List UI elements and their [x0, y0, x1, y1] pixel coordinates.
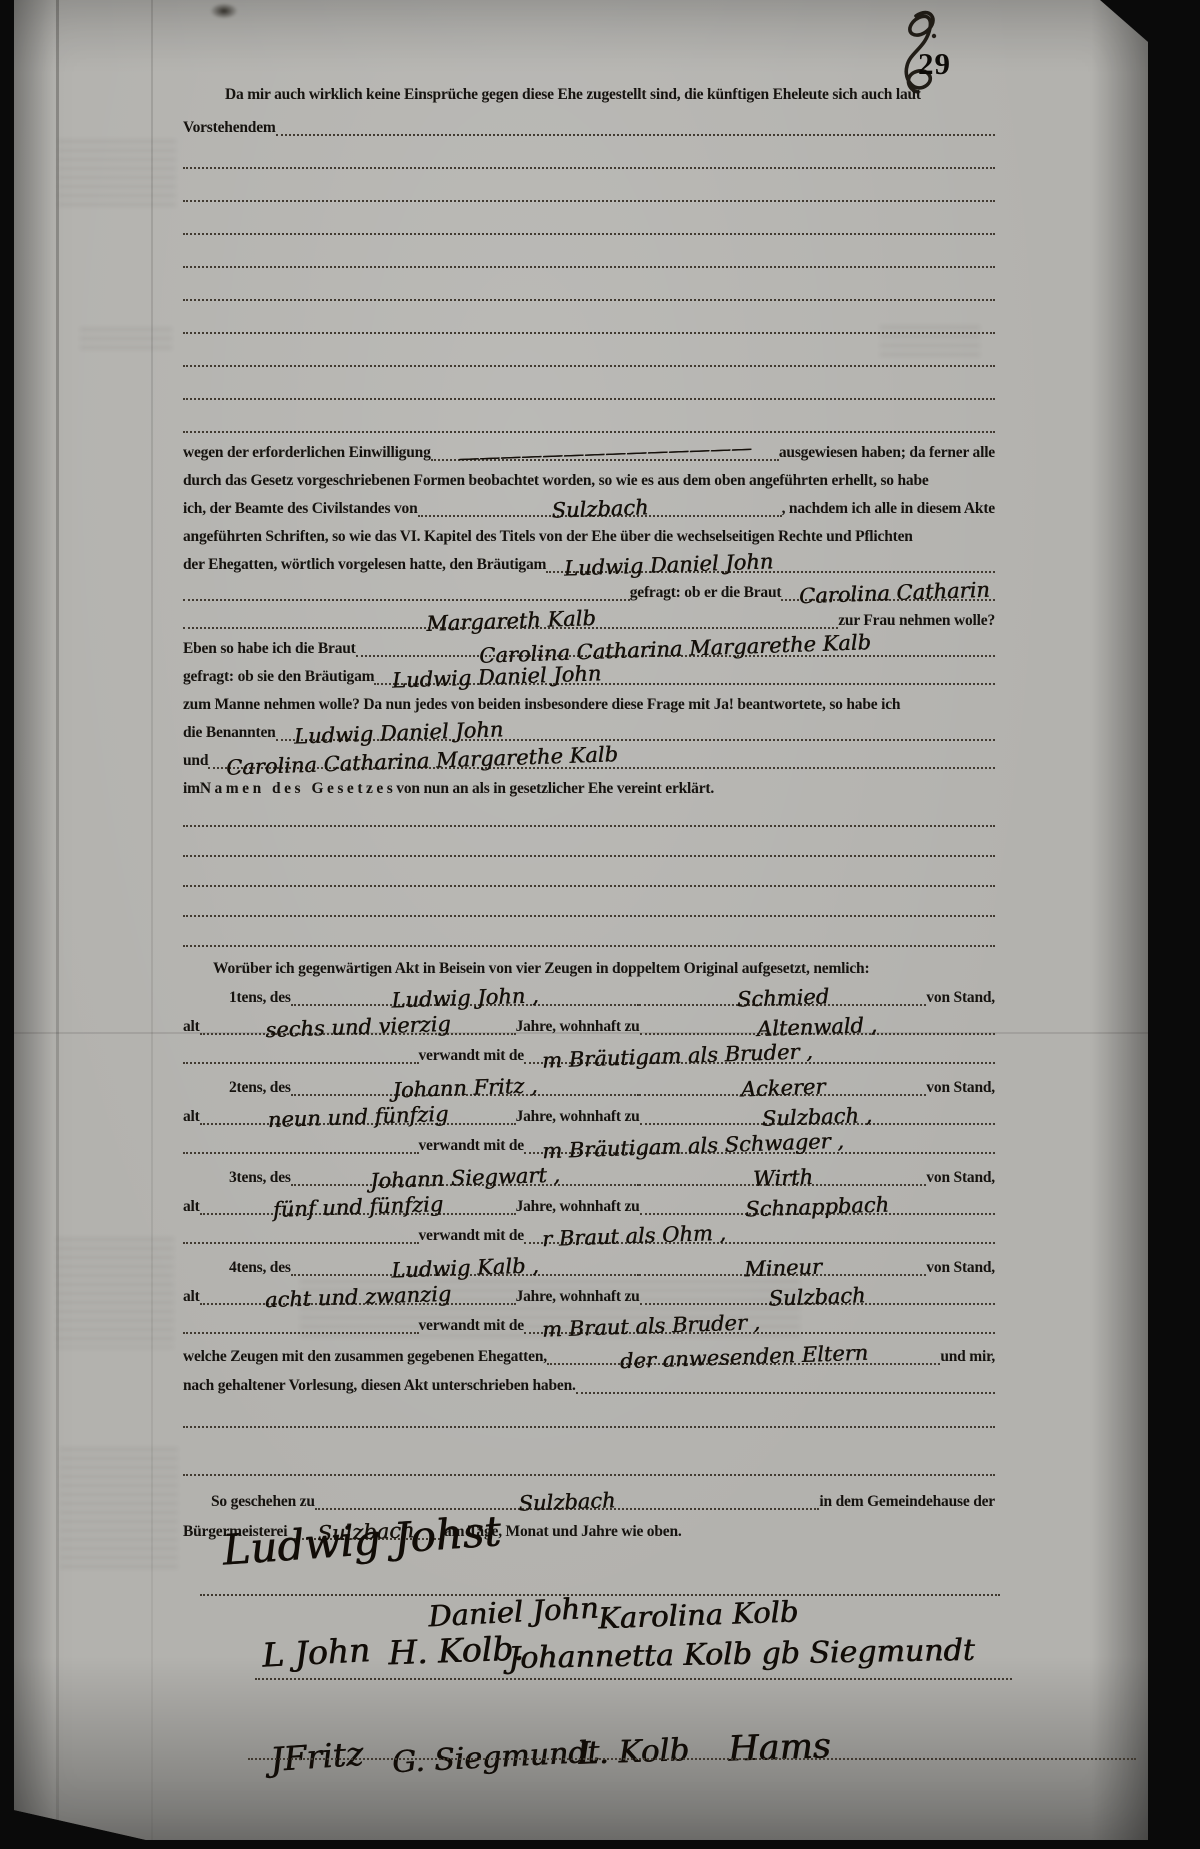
handwritten-entry-line: Sulzbach [315, 1508, 820, 1510]
handwritten-entry-line: Wirth [639, 1184, 927, 1186]
signature-dotted-line [200, 1594, 1000, 1596]
dotted-rule [183, 233, 995, 235]
dotted-blank-line [183, 404, 995, 437]
printed-form-text: wegen der erforderlichen Einwilligung [183, 444, 431, 465]
dotted-blank-line [183, 206, 995, 239]
printed-form-text: verwandt mit de [419, 1047, 525, 1068]
handwritten-entry-line: m Braut als Bruder , [524, 1332, 995, 1334]
form-line: Worüber ich gegenwärtigen Akt in Beisein… [183, 951, 995, 981]
printed-form-text: im [183, 780, 200, 801]
form-line: durch das Gesetz vorgeschriebenen Formen… [183, 465, 995, 493]
printed-form-text: So geschehen zu [211, 1493, 315, 1514]
handwritten-entry: Sulzbach [551, 497, 649, 521]
witness-2-name-line: 2tens, desJohann Fritz ,Ackerervon Stand… [183, 1071, 995, 1100]
dotted-blank-line [183, 921, 995, 951]
dotted-blank-line [183, 140, 995, 173]
witness-1-age-line: altsechs und vierzigJahre, wohnhaft zuAl… [183, 1010, 995, 1039]
handwritten-entry-line: Ludwig Kalb , [291, 1274, 639, 1276]
signature: Hams [727, 1729, 831, 1768]
handwritten-entry-line: sechs und vierzig [200, 1033, 516, 1035]
handwritten-entry-line: der anwesenden Eltern [547, 1363, 940, 1365]
handwritten-entry: Sulzbach , [762, 1105, 873, 1130]
form-line: ich, der Beamte des Civilstandes vonSulz… [183, 493, 995, 521]
dotted-rule [183, 1426, 995, 1428]
handwritten-entry-line: neun und fünfzig [200, 1123, 516, 1125]
printed-form-text: gefragt: ob er die Braut [630, 584, 782, 605]
handwritten-entry-line: Carolina Catharin [781, 599, 995, 601]
printed-form-text: von nun an als in gesetzlicher Ehe verei… [396, 780, 714, 801]
witness-4-name-line: 4tens, desLudwig Kalb ,Mineurvon Stand, [183, 1251, 995, 1280]
witness-2-relation-line: verwandt mit dem Bräutigam als Schwager … [183, 1129, 995, 1158]
handwritten-entry-line: Carolina Catharina Margarethe Kalb [208, 767, 995, 769]
printed-form-text: alt [183, 1288, 200, 1309]
printed-form-text: in dem Gemeindehause der [819, 1493, 995, 1514]
dotted-fill [183, 599, 630, 601]
handwritten-entry-line: fünf und fünfzig [200, 1213, 516, 1215]
handwritten-entry-line: Schnappbach [640, 1213, 995, 1215]
dotted-rule [183, 398, 995, 400]
signature: L. Kolb [577, 1735, 689, 1770]
dotted-fill [183, 1242, 419, 1244]
dotted-blank-line [183, 861, 995, 891]
handwritten-entry: Ludwig Daniel John [293, 719, 503, 747]
printed-form-text: und [183, 752, 208, 773]
dotted-rule [183, 266, 995, 268]
handwritten-entry: acht und zwanzig [264, 1284, 451, 1311]
dotted-fill [576, 1392, 995, 1394]
handwritten-entry-line: Carolina Catharina Margarethe Kalb [356, 655, 995, 657]
dotted-rule [183, 332, 995, 334]
printed-form-text: , nachdem ich alle in diesem Akte [782, 500, 995, 521]
ink-smudge [210, 3, 238, 19]
printed-form-text: 2tens, des [229, 1079, 291, 1100]
form-line: undCarolina Catharina Margarethe Kalb [183, 745, 995, 773]
printed-form-text: von Stand, [926, 1259, 995, 1280]
printed-form-text: angeführten Schriften, so wie das VI. Ka… [183, 528, 913, 549]
printed-form-text: nach gehaltener Vorlesung, diesen Akt un… [183, 1377, 576, 1398]
handwritten-entry: Wirth [752, 1167, 813, 1190]
witness-1-relation-line: verwandt mit dem Bräutigam als Bruder , [183, 1039, 995, 1068]
dotted-rule [183, 915, 995, 917]
handwritten-entry: Ludwig Daniel John [564, 551, 774, 579]
witness-4-relation-line: verwandt mit dem Braut als Bruder , [183, 1309, 995, 1338]
printed-form-text: Vorstehendem [183, 119, 276, 140]
witness-2-age-line: altneun und fünfzigJahre, wohnhaft zuSul… [183, 1100, 995, 1129]
document-body: Da mir auch wirklich keine Einsprüche ge… [183, 75, 995, 1544]
dotted-fill [276, 134, 995, 136]
handwritten-entry: Sulzbach [518, 1490, 616, 1514]
signature-dotted-line [248, 1758, 1136, 1760]
printed-form-text: Jahre, wohnhaft zu [516, 1108, 640, 1129]
signature-dotted-line [255, 1678, 1012, 1680]
printed-form-text: ausgewiesen haben; da ferner alle [779, 444, 995, 465]
form-line: Eben so habe ich die BrautCarolina Catha… [183, 633, 995, 661]
form-line: gefragt: ob sie den BräutigamLudwig Dani… [183, 661, 995, 689]
handwritten-entry: m Bräutigam als Bruder , [542, 1041, 813, 1071]
printed-form-text: von Stand, [926, 1169, 995, 1190]
printed-form-text: von Stand, [926, 989, 995, 1010]
form-line: gefragt: ob er die BrautCarolina Cathari… [183, 577, 995, 605]
signature: Daniel John [427, 1594, 599, 1632]
dotted-rule [183, 945, 995, 947]
dotted-rule [183, 825, 995, 827]
handwritten-entry: r Braut als Ohm , [542, 1223, 727, 1250]
signature: L John [261, 1633, 371, 1672]
dotted-blank-line [183, 801, 995, 831]
printed-form-text: welche Zeugen mit den zusammen gegebenen… [183, 1348, 547, 1369]
printed-form-text: verwandt mit de [419, 1317, 525, 1338]
dotted-rule [183, 885, 995, 887]
dotted-rule [183, 167, 995, 169]
dotted-blank-line [183, 305, 995, 338]
printed-form-text: der Ehegatten, wörtlich vorgelesen hatte… [183, 556, 546, 577]
handwritten-entry-line: Sulzbach , [640, 1123, 995, 1125]
witness-1-name-line: 1tens, desLudwig John ,Schmiedvon Stand, [183, 981, 995, 1010]
handwritten-entry-line: Johann Fritz , [291, 1094, 639, 1096]
signature: JFritz [269, 1737, 364, 1776]
dotted-blank-line [183, 1398, 995, 1432]
handwritten-entry-line: r Braut als Ohm , [524, 1242, 995, 1244]
printed-form-text: alt [183, 1108, 200, 1129]
dotted-blank-line [183, 891, 995, 921]
handwritten-entry: Sulzbach [768, 1285, 866, 1309]
handwritten-entry-line: m Bräutigam als Bruder , [524, 1062, 995, 1064]
dotted-blank-line [183, 371, 995, 404]
handwritten-entry-line: Margareth Kalb [183, 627, 838, 629]
handwritten-entry: m Bräutigam als Schwager , [542, 1131, 844, 1163]
printed-form-text: Namen des Gesetzes [200, 780, 396, 801]
form-line: wegen der erforderlichen Einwilligung———… [183, 437, 995, 465]
handwritten-entry-line: Johann Siegwart , [291, 1184, 639, 1186]
printed-form-text: ich, der Beamte des Civilstandes von [183, 500, 418, 521]
handwritten-entry-line: Sulzbach [418, 515, 782, 517]
signature: H. Kolb. [387, 1632, 524, 1670]
form-line: Da mir auch wirklich keine Einsprüche ge… [183, 75, 995, 107]
handwritten-entry-line: —————————————— [431, 459, 779, 461]
printed-form-text: alt [183, 1018, 200, 1039]
handwritten-entry: Ludwig Daniel John [392, 663, 602, 691]
printed-form-text: 1tens, des [229, 989, 291, 1010]
dotted-rule [183, 200, 995, 202]
printed-form-text: verwandt mit de [419, 1137, 525, 1158]
printed-form-text: und mir, [940, 1348, 995, 1369]
printed-form-text: Eben so habe ich die Braut [183, 640, 356, 661]
handwritten-entry-line: Altenwald , [640, 1033, 995, 1035]
handwritten-entry: Johann Siegwart , [369, 1165, 560, 1193]
handwritten-entry-line: Mineur [639, 1274, 927, 1276]
form-line: welche Zeugen mit den zusammen gegebenen… [183, 1340, 995, 1369]
handwritten-entry: Altenwald , [757, 1015, 878, 1040]
form-line: der Ehegatten, wörtlich vorgelesen hatte… [183, 549, 995, 577]
handwritten-entry-line: Ludwig Daniel John [546, 571, 995, 573]
signature: Johannetta Kolb gb Siegmundt [508, 1636, 975, 1674]
handwritten-entry: der anwesenden Eltern [619, 1343, 868, 1373]
printed-form-text: Jahre, wohnhaft zu [516, 1198, 640, 1219]
printed-form-text: 4tens, des [229, 1259, 291, 1280]
witness-3-relation-line: verwandt mit der Braut als Ohm , [183, 1219, 995, 1248]
printed-form-text: Jahre, wohnhaft zu [516, 1288, 640, 1309]
printed-form-text: zum Manne nehmen wolle? Da nun jedes von… [183, 696, 900, 717]
handwritten-entry-line: acht und zwanzig [200, 1303, 516, 1305]
dotted-blank-line [183, 831, 995, 861]
dotted-rule [183, 855, 995, 857]
handwritten-entry: fünf und fünfzig [272, 1194, 443, 1221]
handwritten-entry: Ludwig John , [391, 985, 539, 1011]
dotted-blank-line [183, 272, 995, 305]
form-line: die BenanntenLudwig Daniel John [183, 717, 995, 745]
form-line: zum Manne nehmen wolle? Da nun jedes von… [183, 689, 995, 717]
dotted-rule [183, 299, 995, 301]
printed-form-text: durch das Gesetz vorgeschriebenen Formen… [183, 472, 929, 493]
dotted-blank-line [183, 173, 995, 206]
handwritten-entry-line: m Bräutigam als Schwager , [524, 1152, 995, 1154]
printed-form-text: gefragt: ob sie den Bräutigam [183, 668, 374, 689]
printed-form-text: 3tens, des [229, 1169, 291, 1190]
form-line: im Namen des Gesetzes von nun an als in … [183, 773, 995, 801]
form-line: Vorstehendem [183, 107, 995, 140]
handwritten-entry-line: Sulzbach [640, 1303, 995, 1305]
witness-4-age-line: altacht und zwanzigJahre, wohnhaft zuSul… [183, 1280, 995, 1309]
handwritten-entry-line: Ackerer [639, 1094, 927, 1096]
dotted-rule [183, 431, 995, 433]
printed-form-text: verwandt mit de [419, 1227, 525, 1248]
handwritten-entry-line: Ludwig Daniel John [374, 683, 995, 685]
printed-form-text: Jahre, wohnhaft zu [516, 1018, 640, 1039]
form-line: nach gehaltener Vorlesung, diesen Akt un… [183, 1369, 995, 1398]
printed-form-text: alt [183, 1198, 200, 1219]
dotted-fill [183, 1152, 419, 1154]
handwritten-entry: Carolina Catharin [799, 580, 990, 608]
dotted-blank-line [183, 338, 995, 371]
handwritten-entry: m Braut als Bruder , [542, 1312, 761, 1341]
handwritten-entry: Ackerer [740, 1077, 825, 1101]
form-line: angeführten Schriften, so wie das VI. Ka… [183, 521, 995, 549]
handwritten-entry-line: Ludwig John , [291, 1004, 639, 1006]
form-line: So geschehen zuSulzbachin dem Gemeindeha… [183, 1484, 995, 1514]
dotted-rule [183, 1474, 995, 1476]
printed-form-text: von Stand, [926, 1079, 995, 1100]
printed-form-text: Da mir auch wirklich keine Einsprüche ge… [225, 86, 921, 107]
handwritten-entry: Ludwig Kalb , [391, 1255, 539, 1281]
dotted-fill [183, 1062, 419, 1064]
handwritten-entry-line: Schmied [639, 1004, 927, 1006]
handwritten-entry: Margareth Kalb [426, 608, 596, 635]
handwritten-entry-line: Ludwig Daniel John [276, 739, 995, 741]
dotted-rule [183, 365, 995, 367]
handwritten-entry: Johann Fritz , [392, 1075, 538, 1101]
handwritten-entry: neun und fünfzig [267, 1104, 448, 1131]
handwritten-entry: Schnappbach [745, 1194, 890, 1220]
dotted-fill [183, 1332, 419, 1334]
dotted-blank-line [183, 239, 995, 272]
witness-3-age-line: altfünf und fünfzigJahre, wohnhaft zuSch… [183, 1190, 995, 1219]
signature: Karolina Kolb [598, 1598, 799, 1634]
handwritten-entry: Mineur [743, 1257, 821, 1281]
witness-3-name-line: 3tens, desJohann Siegwart ,Wirthvon Stan… [183, 1161, 995, 1190]
form-line: Margareth Kalbzur Frau nehmen wolle? [183, 605, 995, 633]
scanned-marriage-record-page: 29 Da mir auch wirklich keine Einsprüche… [0, 0, 1200, 1849]
printed-form-text: Worüber ich gegenwärtigen Akt in Beisein… [213, 960, 869, 981]
handwritten-entry: sechs und vierzig [265, 1014, 451, 1041]
printed-form-text: die Benannten [183, 724, 276, 745]
handwritten-entry: Schmied [736, 986, 829, 1010]
dotted-blank-line [183, 1446, 995, 1480]
